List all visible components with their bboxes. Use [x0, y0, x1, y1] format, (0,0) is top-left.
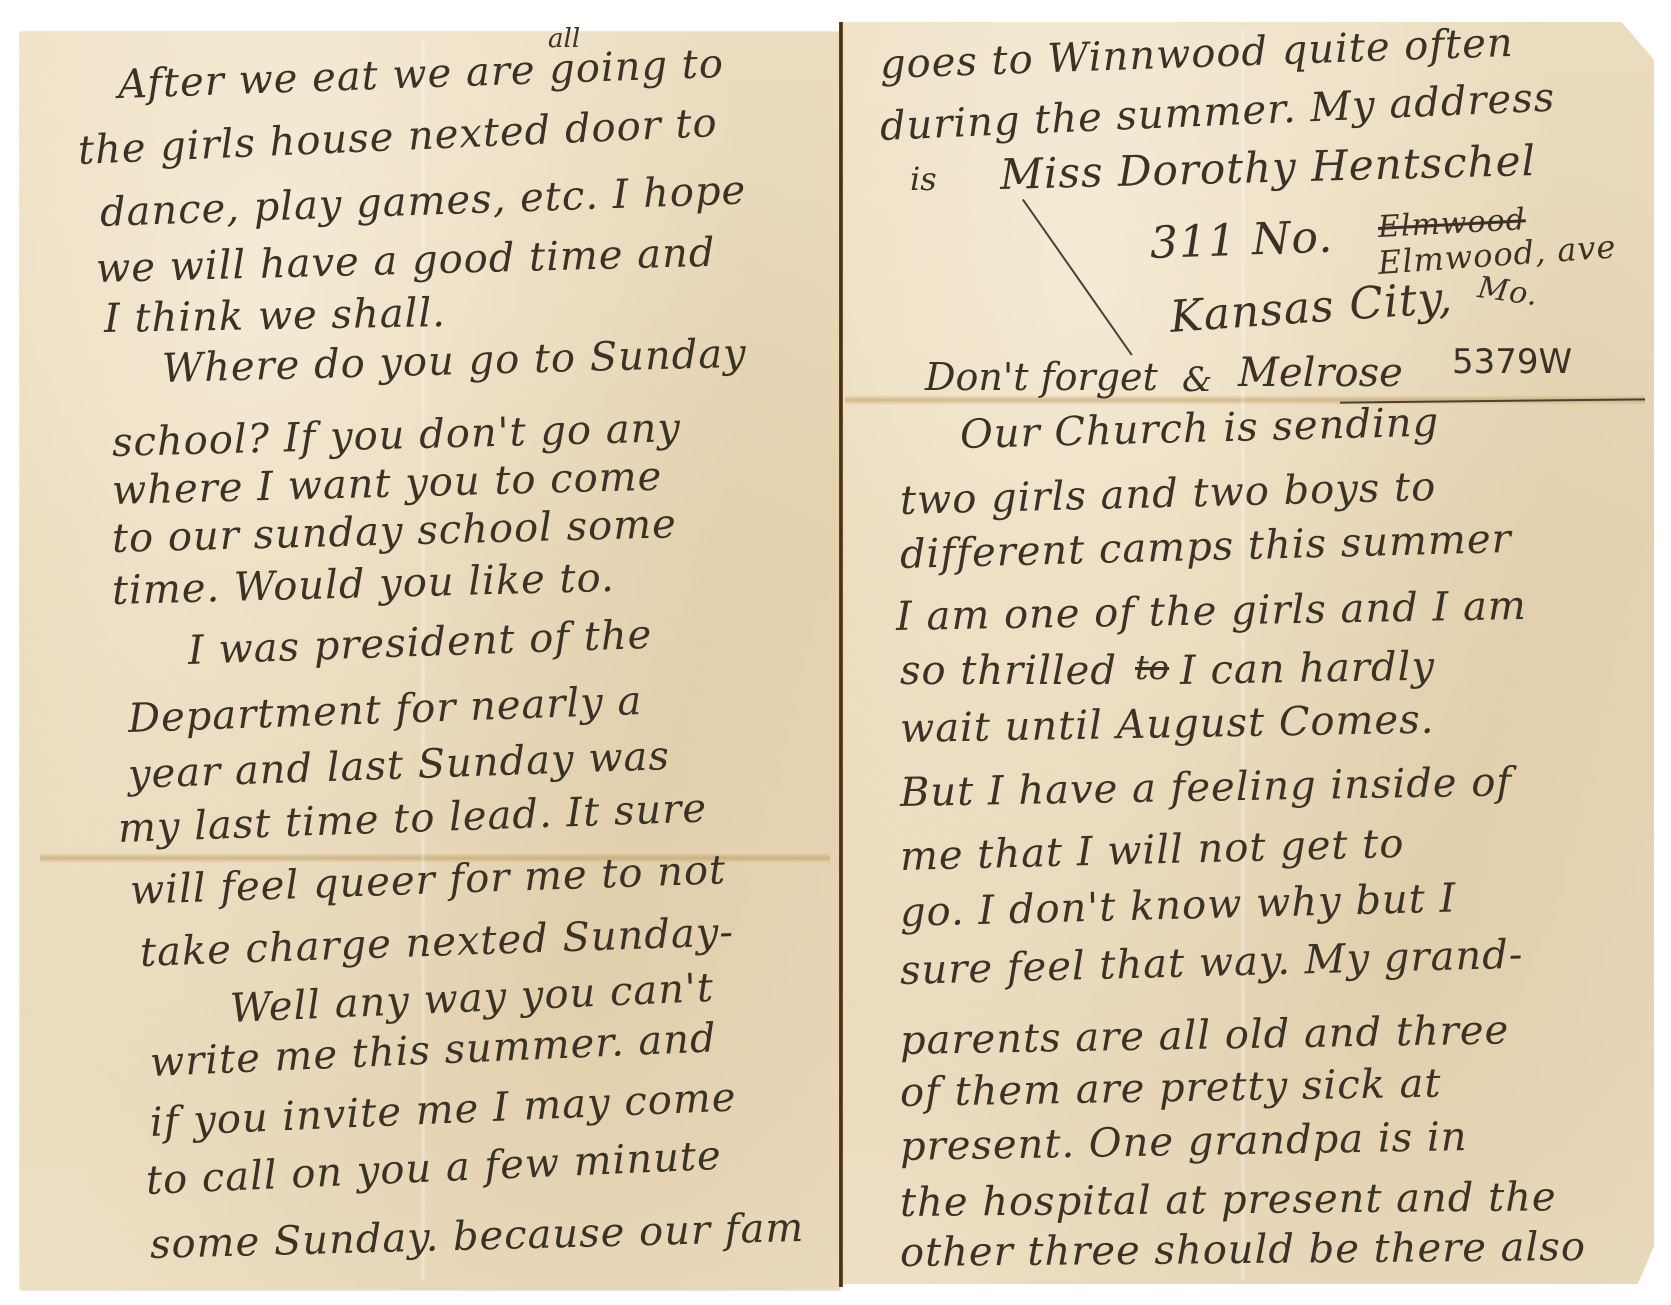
letter-line: I can hardly	[1180, 644, 1436, 694]
letter-line: so thrilled	[900, 648, 1117, 694]
phone-number: 5379W	[1452, 342, 1572, 382]
phone-ampersand: &	[1182, 360, 1212, 400]
struck-word: to	[1135, 648, 1169, 688]
letter-line: of them are pretty sick at	[900, 1061, 1442, 1116]
phone-prefix: Don't forget	[925, 355, 1158, 399]
center-crease	[839, 22, 843, 1287]
address-lead: is	[910, 160, 937, 198]
letter-line: wait until August Comes.	[900, 697, 1435, 752]
phone-exchange: Melrose	[1238, 350, 1403, 396]
letter-line: the hospital at present and the	[900, 1174, 1557, 1226]
address-street-number: 311 No.	[1149, 212, 1334, 269]
letter-line: I think we shall.	[104, 290, 447, 342]
letter-line: other three should be there also	[900, 1224, 1586, 1276]
